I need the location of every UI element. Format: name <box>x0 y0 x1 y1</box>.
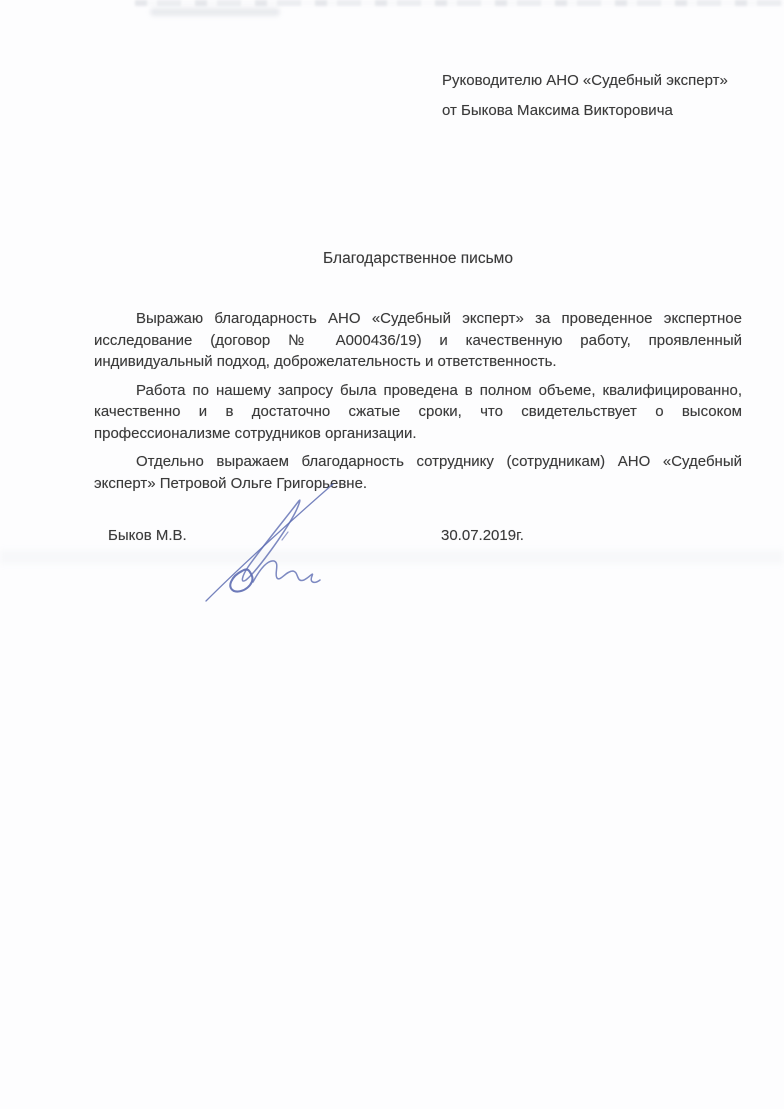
letter-date: 30.07.2019г. <box>441 527 524 544</box>
sender-line: от Быкова Максима Викторовича <box>442 96 728 126</box>
scan-artifact-smudge <box>150 8 280 16</box>
signature-stroke <box>242 500 300 581</box>
signature-stroke <box>230 569 252 591</box>
letter-body: Выражаю благодарность АНО «Судебный эксп… <box>94 308 742 501</box>
scan-artifact-top <box>135 0 784 6</box>
letter-title: Благодарственное письмо <box>94 250 742 268</box>
letter-page: Руководителю АНО «Судебный эксперт» от Б… <box>0 0 784 1109</box>
signatory-name: Быков М.В. <box>108 527 187 544</box>
scan-artifact-band <box>0 550 784 564</box>
paragraph-quality: Работа по нашему запросу была проведена … <box>94 380 742 445</box>
handwritten-signature <box>196 477 338 604</box>
paragraph-gratitude: Выражаю благодарность АНО «Судебный эксп… <box>94 308 742 373</box>
signature-stroke <box>206 484 333 601</box>
signature-stroke <box>253 561 320 582</box>
paragraph-employee: Отдельно выражаем благодарность сотрудни… <box>94 451 742 494</box>
recipient-line: Руководителю АНО «Судебный эксперт» <box>442 66 728 96</box>
recipient-block: Руководителю АНО «Судебный эксперт» от Б… <box>442 66 728 126</box>
